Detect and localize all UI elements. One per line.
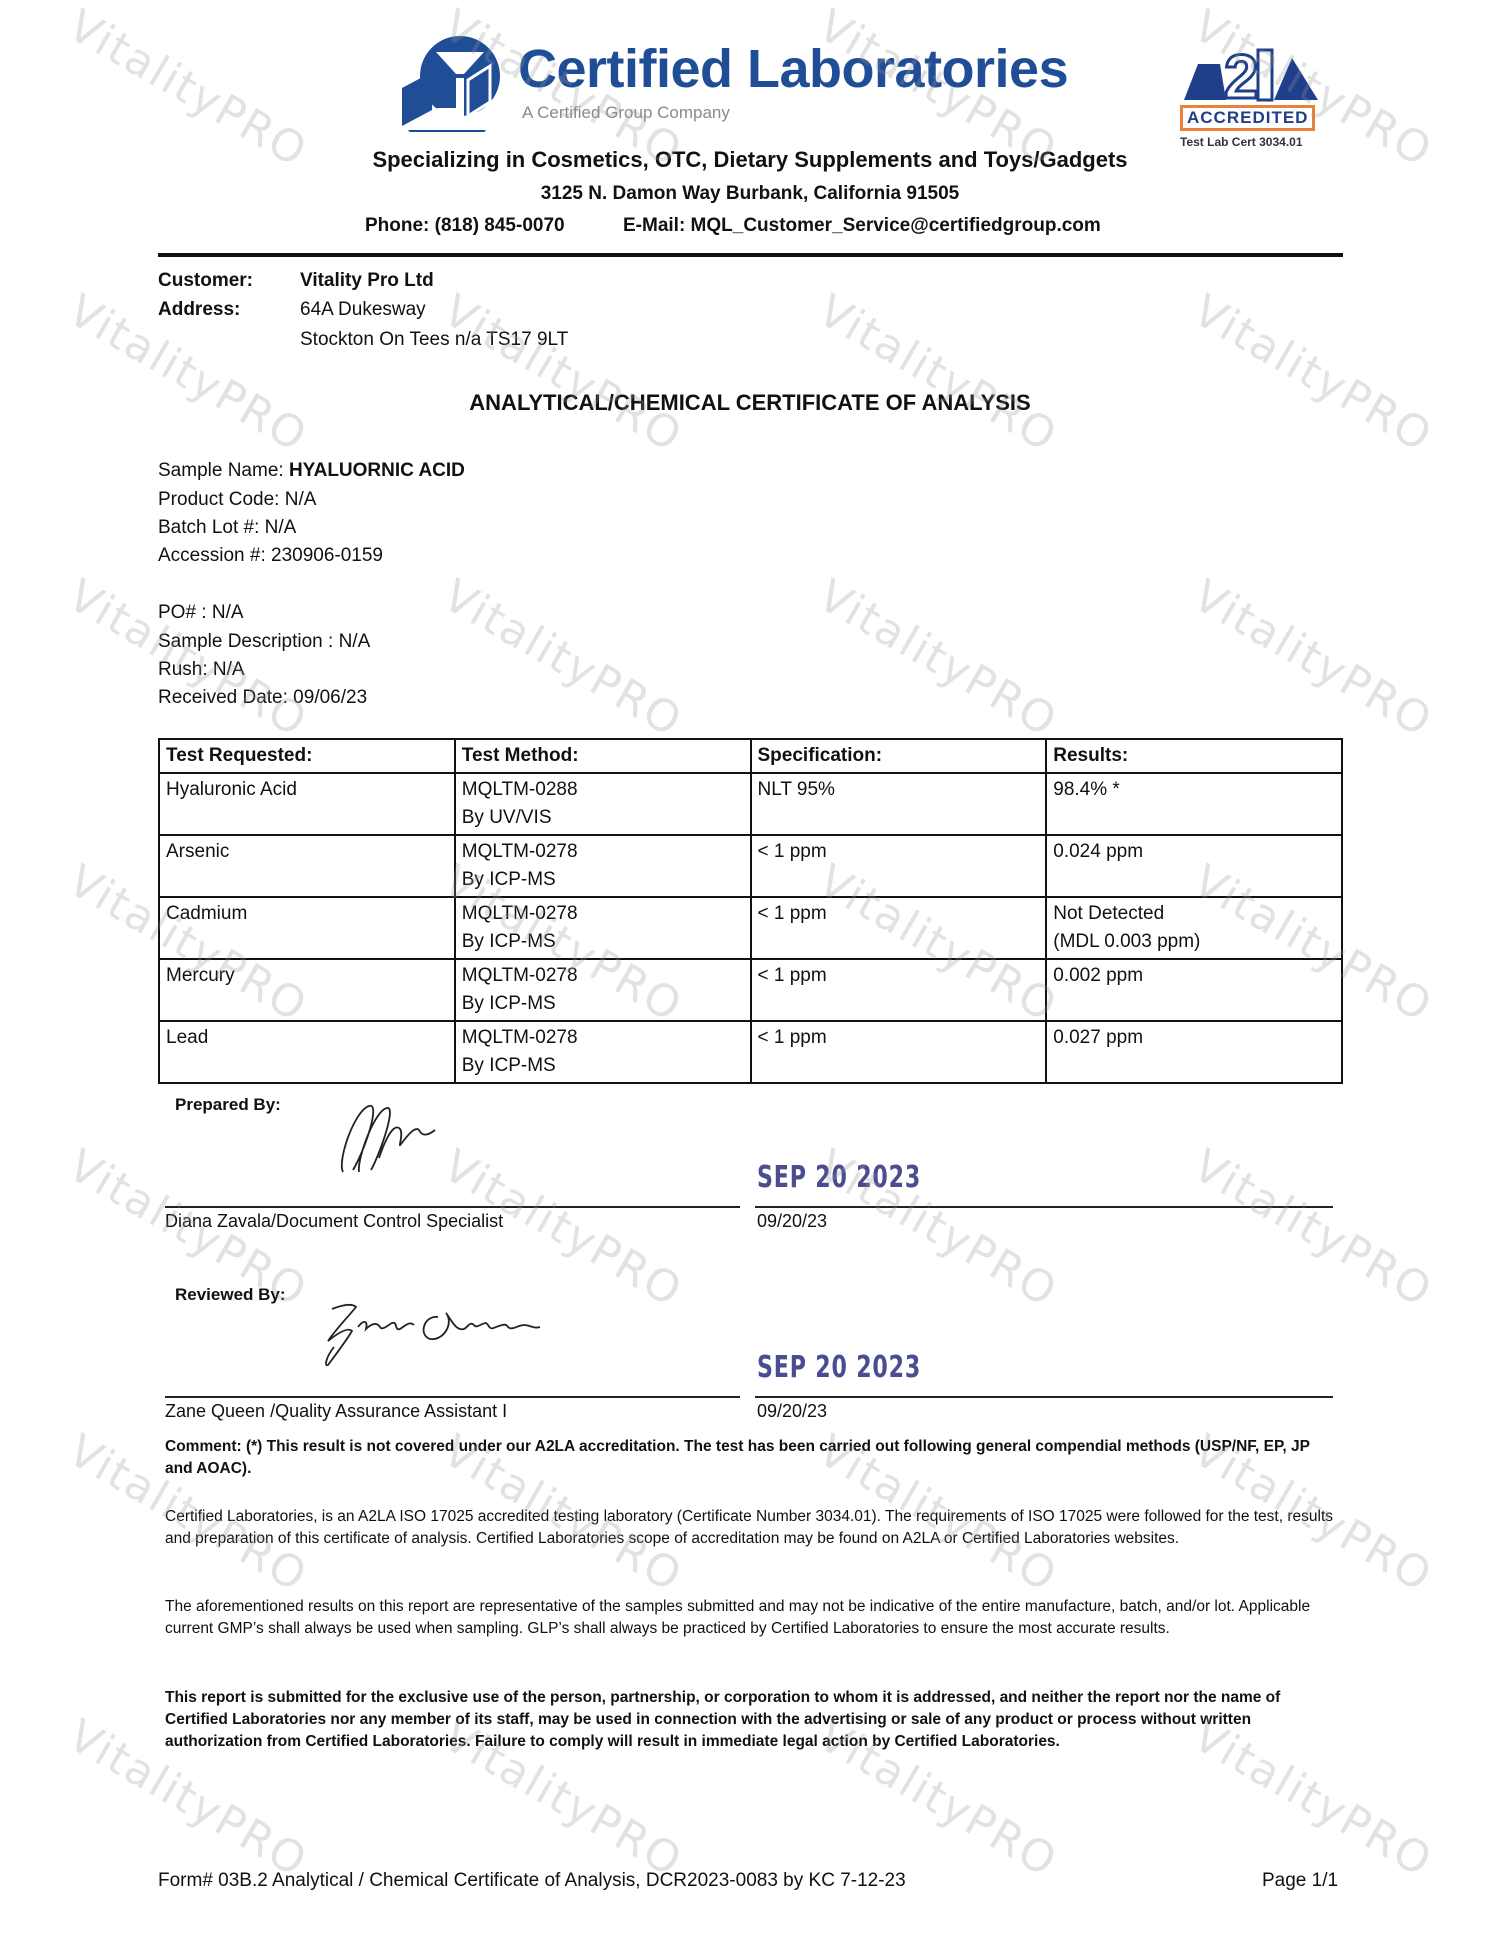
company-tagline: A Certified Group Company (522, 103, 730, 123)
watermark: VitalityPRO (435, 570, 692, 748)
prepared-signature-line (165, 1206, 740, 1208)
spec-cell: NLT 95% (751, 773, 1047, 835)
method-technique: By ICP-MS (462, 928, 744, 956)
prepared-name: Diana Zavala/Document Control Specialist (165, 1211, 503, 1232)
prepared-signature-icon (335, 1100, 465, 1180)
page-number: Page 1/1 (1262, 1870, 1338, 1892)
table-row: Cadmium MQLTM-0278By ICP-MS < 1 ppm Not … (159, 897, 1342, 959)
method-cell: MQLTM-0278By ICP-MS (455, 959, 751, 1021)
method-technique: By UV/VIS (462, 804, 744, 832)
prepared-date-line (755, 1206, 1333, 1208)
address-line-1: 64A Dukesway (300, 295, 426, 324)
batch-lot: Batch Lot #: N/A (158, 513, 296, 542)
sample-name: Sample Name: HYALUORNIC ACID (158, 456, 465, 485)
certificate-title: ANALYTICAL/CHEMICAL CERTIFICATE OF ANALY… (320, 390, 1180, 416)
sample-description: Sample Description : N/A (158, 627, 370, 656)
result-cell: 98.4% * (1046, 773, 1342, 835)
method-code: MQLTM-0278 (462, 838, 744, 866)
method-cell: MQLTM-0278By ICP-MS (455, 835, 751, 897)
result-value: Not Detected (1053, 900, 1335, 928)
watermark: VitalityPRO (1185, 285, 1442, 463)
result-cell: Not Detected(MDL 0.003 ppm) (1046, 897, 1342, 959)
result-cell: 0.002 ppm (1046, 959, 1342, 1021)
reviewed-date-stamp: SEP 20 2023 (757, 1350, 921, 1385)
method-code: MQLTM-0278 (462, 900, 744, 928)
watermark: VitalityPRO (810, 570, 1067, 748)
column-header-results: Results: (1046, 739, 1342, 773)
company-name: Certified Laboratories (518, 38, 1068, 100)
accredited-badge: ACCREDITED (1180, 105, 1315, 131)
customer-name: Vitality Pro Ltd (300, 266, 434, 295)
comment-note: Comment: (*) This result is not covered … (165, 1436, 1335, 1480)
results-table: Test Requested: Test Method: Specificati… (158, 738, 1343, 1084)
result-value: 0.002 ppm (1053, 962, 1335, 990)
result-note: (MDL 0.003 ppm) (1053, 928, 1335, 956)
result-value: 98.4% * (1053, 776, 1335, 804)
table-row: Arsenic MQLTM-0278By ICP-MS < 1 ppm 0.02… (159, 835, 1342, 897)
watermark: VitalityPRO (1185, 1140, 1442, 1318)
sample-name-value: HYALUORNIC ACID (289, 460, 465, 481)
prepared-by-label: Prepared By: (175, 1095, 281, 1115)
address-line-2: Stockton On Tees n/a TS17 9LT (300, 325, 568, 354)
a2la-logo-icon: 2 (1180, 44, 1330, 102)
test-cell: Arsenic (159, 835, 455, 897)
specializing-line: Specializing in Cosmetics, OTC, Dietary … (320, 147, 1180, 173)
a2la-accreditation-badge: 2 ACCREDITED Test Lab Cert 3034.01 (1180, 44, 1340, 149)
customer-label: Customer: (158, 266, 253, 295)
table-row: Mercury MQLTM-0278By ICP-MS < 1 ppm 0.00… (159, 959, 1342, 1021)
method-technique: By ICP-MS (462, 990, 744, 1018)
received-date: Received Date: 09/06/23 (158, 683, 367, 712)
po-number: PO# : N/A (158, 598, 244, 627)
svg-text:2: 2 (1224, 44, 1258, 102)
product-code: Product Code: N/A (158, 485, 316, 514)
sample-name-label: Sample Name: (158, 460, 289, 481)
reviewed-by-label: Reviewed By: (175, 1285, 286, 1305)
spec-cell: < 1 ppm (751, 835, 1047, 897)
test-cell: Lead (159, 1021, 455, 1083)
method-technique: By ICP-MS (462, 1052, 744, 1080)
table-row: Hyaluronic Acid MQLTM-0288By UV/VIS NLT … (159, 773, 1342, 835)
column-header-test: Test Requested: (159, 739, 455, 773)
method-cell: MQLTM-0288By UV/VIS (455, 773, 751, 835)
reviewed-date: 09/20/23 (757, 1401, 827, 1422)
form-number: Form# 03B.2 Analytical / Chemical Certif… (158, 1870, 906, 1892)
accreditation-note: Certified Laboratories, is an A2LA ISO 1… (165, 1506, 1335, 1550)
result-cell: 0.024 ppm (1046, 835, 1342, 897)
lab-address: 3125 N. Damon Way Burbank, California 91… (320, 183, 1180, 205)
spec-cell: < 1 ppm (751, 897, 1047, 959)
reviewed-signature-icon (318, 1295, 548, 1370)
watermark: VitalityPRO (1185, 570, 1442, 748)
prepared-date: 09/20/23 (757, 1211, 827, 1232)
lab-email[interactable]: E-Mail: MQL_Customer_Service@certifiedgr… (623, 215, 1101, 237)
method-technique: By ICP-MS (462, 866, 744, 894)
watermark: VitalityPRO (60, 0, 317, 178)
test-cell: Hyaluronic Acid (159, 773, 455, 835)
watermark: VitalityPRO (810, 285, 1067, 463)
a2la-cert-number: Test Lab Cert 3034.01 (1180, 135, 1340, 149)
table-header-row: Test Requested: Test Method: Specificati… (159, 739, 1342, 773)
representative-note: The aforementioned results on this repor… (165, 1596, 1335, 1640)
method-cell: MQLTM-0278By ICP-MS (455, 897, 751, 959)
lab-phone: Phone: (818) 845-0070 (365, 215, 565, 237)
method-code: MQLTM-0278 (462, 1024, 744, 1052)
watermark: VitalityPRO (435, 285, 692, 463)
spec-cell: < 1 ppm (751, 1021, 1047, 1083)
column-header-method: Test Method: (455, 739, 751, 773)
result-value: 0.027 ppm (1053, 1024, 1335, 1052)
method-code: MQLTM-0288 (462, 776, 744, 804)
reviewed-signature-line (165, 1396, 740, 1398)
method-code: MQLTM-0278 (462, 962, 744, 990)
method-cell: MQLTM-0278By ICP-MS (455, 1021, 751, 1083)
column-header-specification: Specification: (751, 739, 1047, 773)
exclusive-use-note: This report is submitted for the exclusi… (165, 1687, 1335, 1753)
prepared-date-stamp: SEP 20 2023 (757, 1160, 921, 1195)
certified-labs-logo-icon (398, 32, 502, 132)
reviewed-name: Zane Queen /Quality Assurance Assistant … (165, 1401, 507, 1422)
address-label: Address: (158, 295, 240, 324)
accession-number: Accession #: 230906-0159 (158, 541, 383, 570)
test-cell: Mercury (159, 959, 455, 1021)
reviewed-date-line (755, 1396, 1333, 1398)
test-cell: Cadmium (159, 897, 455, 959)
spec-cell: < 1 ppm (751, 959, 1047, 1021)
table-row: Lead MQLTM-0278By ICP-MS < 1 ppm 0.027 p… (159, 1021, 1342, 1083)
result-value: 0.024 ppm (1053, 838, 1335, 866)
rush: Rush: N/A (158, 655, 245, 684)
header-divider (158, 253, 1343, 257)
result-cell: 0.027 ppm (1046, 1021, 1342, 1083)
